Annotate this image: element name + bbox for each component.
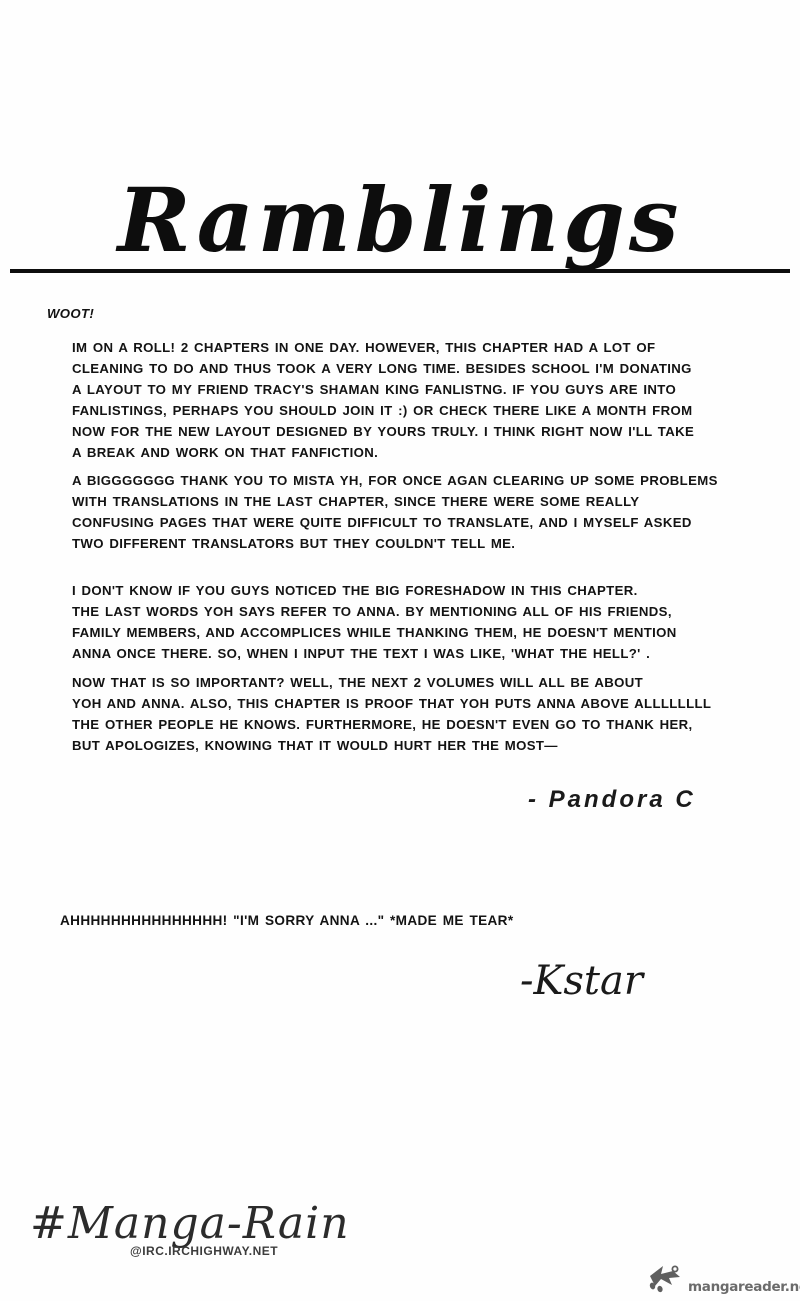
site-watermark-label: mangareader.net (688, 1279, 800, 1298)
irc-channel-watermark: @IRC.IRCHIGHWAY.NET (130, 1244, 278, 1258)
paragraph-translation-thanks: A BIGGGGGGG THANK YOU TO MISTA YH, FOR O… (72, 470, 718, 554)
paragraph-chapter-progress: IM ON A ROLL! 2 CHAPTERS IN ONE DAY. HOW… (72, 337, 694, 463)
paragraph-foreshadow: I DON'T KNOW IF YOU GUYS NOTICED THE BIG… (72, 580, 677, 664)
paragraph-yoh-anna: NOW THAT IS SO IMPORTANT? WELL, THE NEXT… (72, 672, 711, 756)
scanlation-group-watermark: #Manga-Rain (30, 1198, 350, 1249)
site-watermark: mangareader.net (648, 1266, 798, 1298)
greeting-text: WOOT! (47, 303, 94, 324)
signature-kstar: -Kstar (520, 958, 643, 1004)
mangareader-logo-icon (648, 1263, 686, 1298)
page-title: Ramblings (0, 170, 800, 270)
reader-comment: AHHHHHHHHHHHHHHH! "I'M SORRY ANNA ..." *… (60, 910, 514, 931)
title-underline (10, 269, 790, 273)
manga-ramblings-page: Ramblings WOOT! IM ON A ROLL! 2 CHAPTERS… (0, 0, 800, 1301)
signature-pandora: - Pandora C (528, 786, 696, 814)
